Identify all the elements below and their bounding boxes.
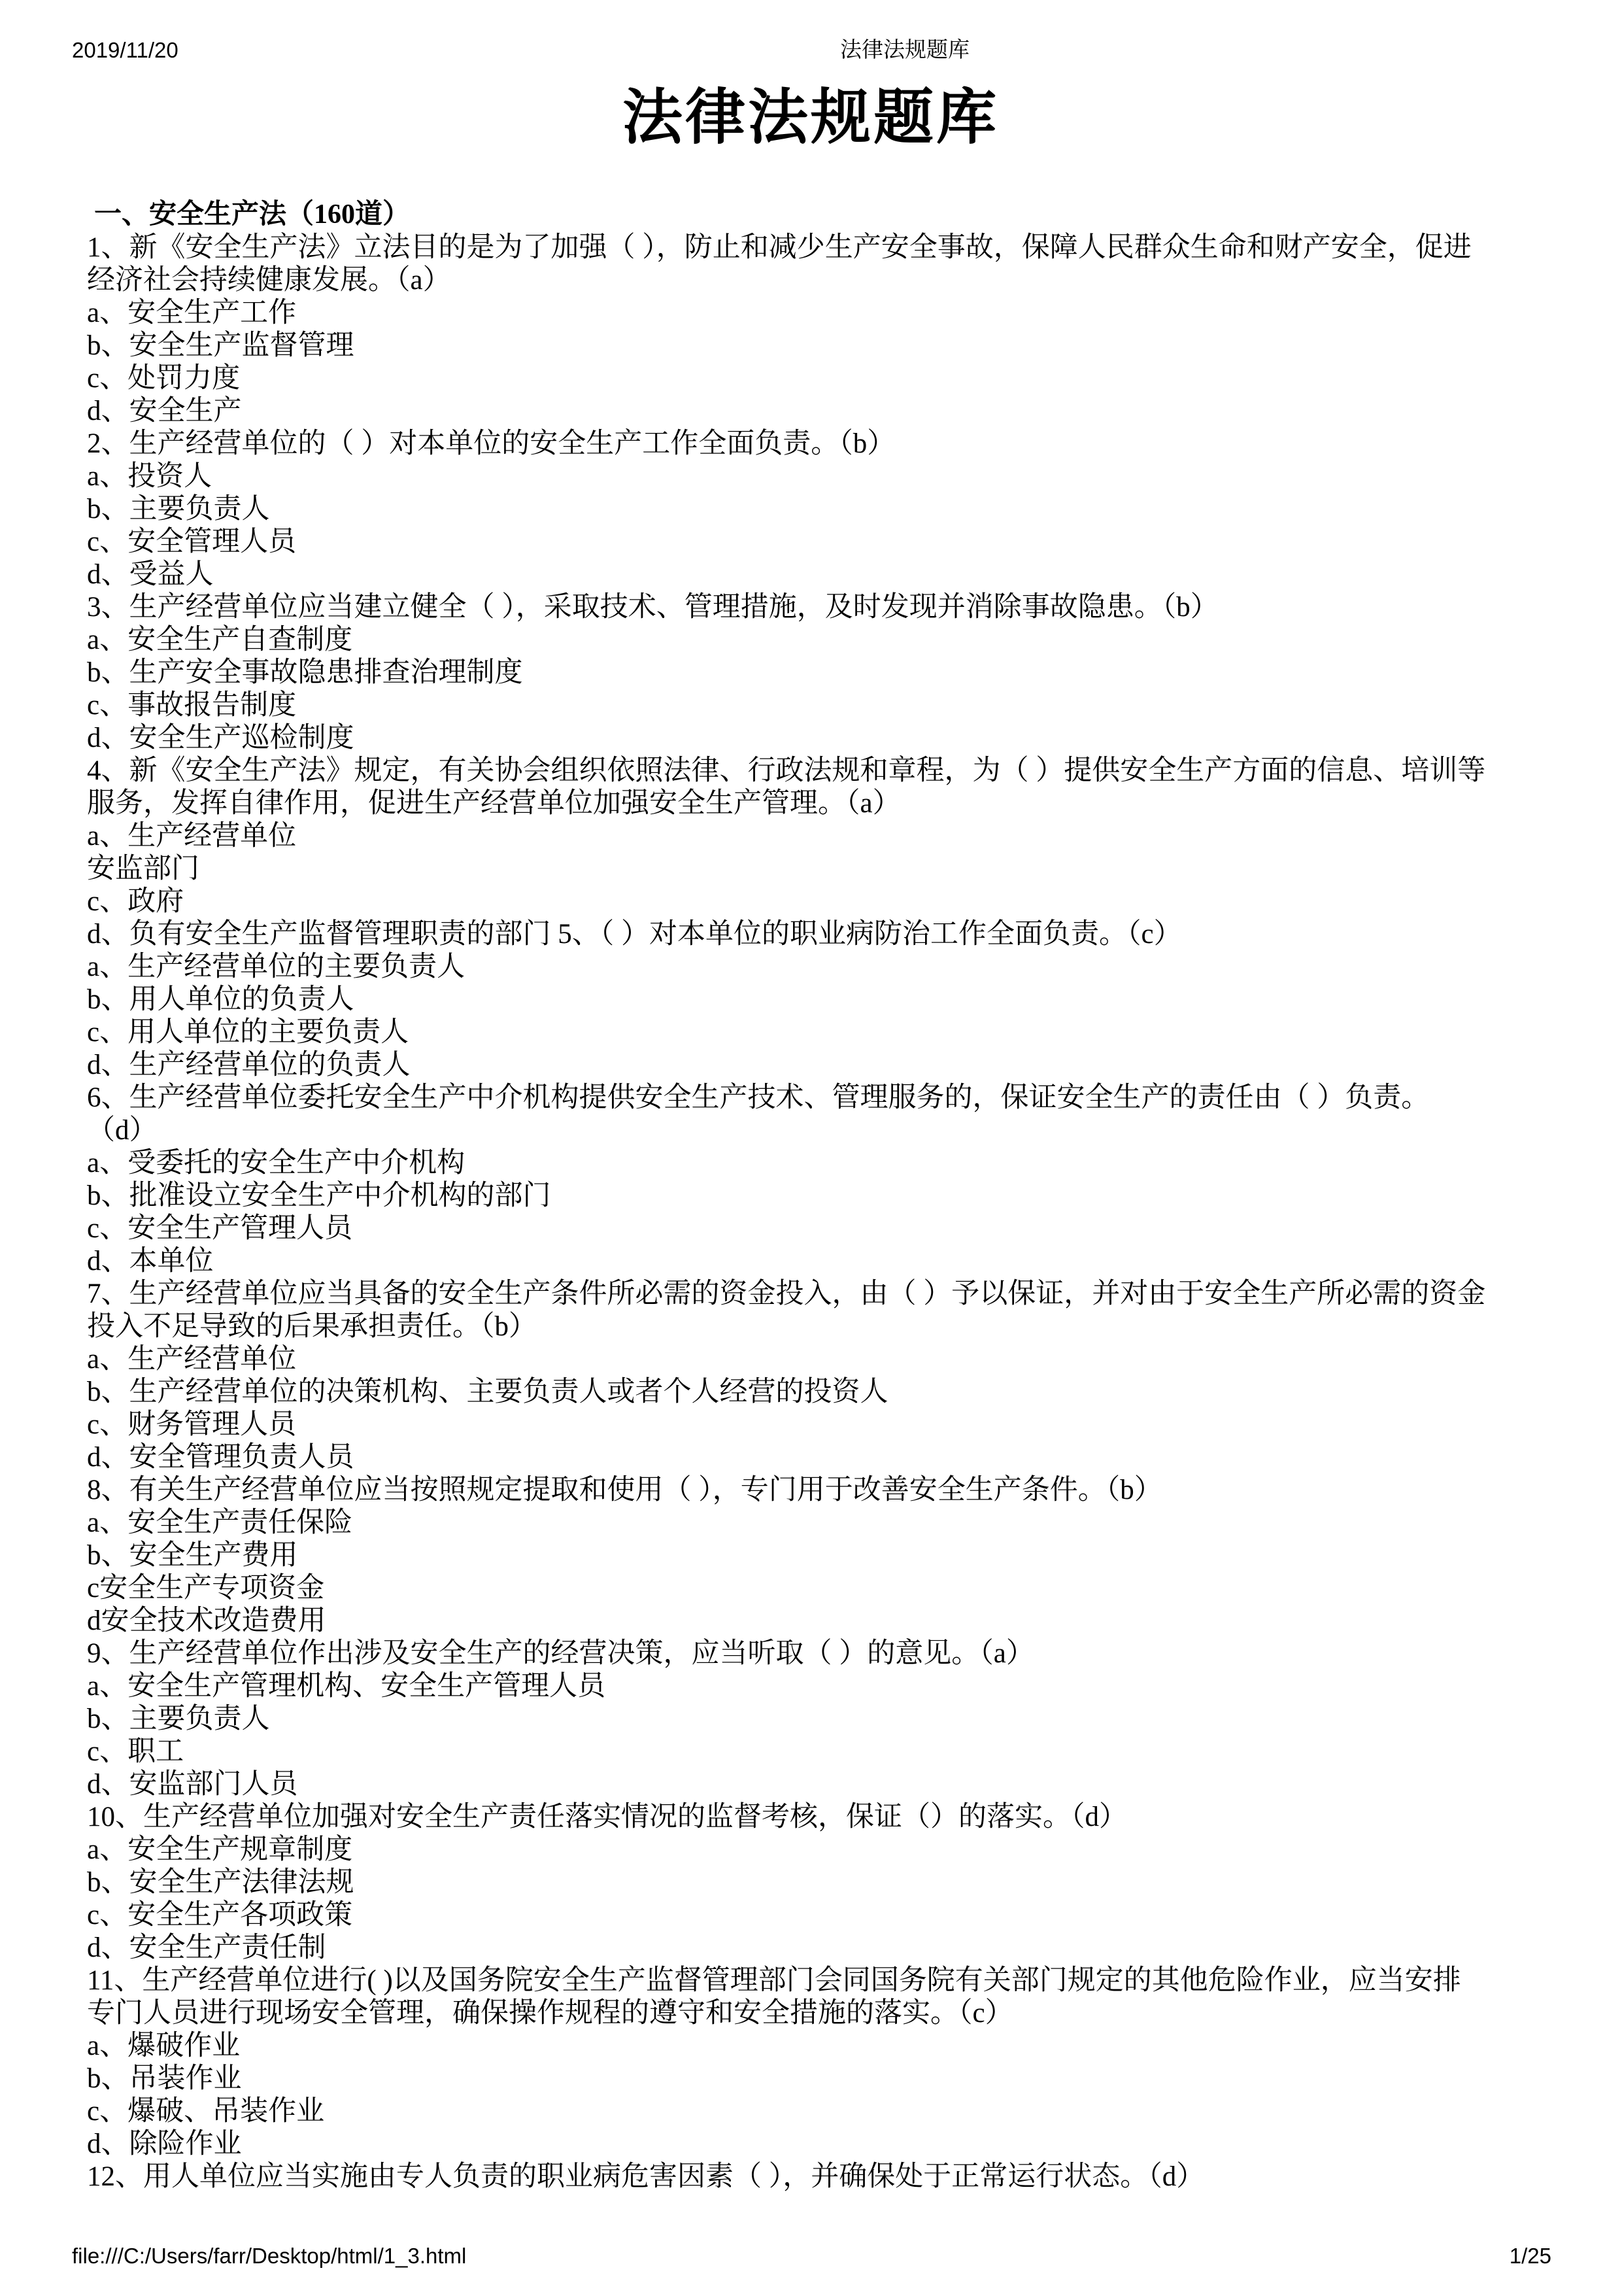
text-line: c、事故报告制度 — [87, 689, 1545, 722]
text-line: d、安监部门人员 — [87, 1768, 1545, 1801]
text-line: 9、生产经营单位作出涉及安全生产的经营决策，应当听取（ ）的意见。（a） — [87, 1637, 1545, 1670]
text-line: a、安全生产工作 — [87, 297, 1545, 330]
text-line: c、安全生产管理人员 — [87, 1212, 1545, 1245]
text-line: b、主要负责人 — [87, 1703, 1545, 1736]
text-line: 11、生产经营单位进行( )以及国务院安全生产监督管理部门会同国务院有关部门规定… — [87, 1964, 1545, 1997]
text-line: d、安全管理负责人员 — [87, 1441, 1545, 1474]
text-line: b、主要负责人 — [87, 493, 1545, 526]
text-line: d、生产经营单位的负责人 — [87, 1049, 1545, 1082]
text-line: a、生产经营单位 — [87, 820, 1545, 853]
text-line: a、安全生产责任保险 — [87, 1507, 1545, 1539]
text-line: c、财务管理人员 — [87, 1409, 1545, 1441]
text-line: 2、生产经营单位的（ ）对本单位的安全生产工作全面负责。（b） — [87, 428, 1545, 460]
text-line: a、安全生产自查制度 — [87, 624, 1545, 657]
text-line: b、安全生产监督管理 — [87, 330, 1545, 362]
text-line: d、受益人 — [87, 558, 1545, 591]
document-page: 2019/11/20 法律法规题库 法律法规题库 一、安全生产法（160道） 1… — [0, 0, 1622, 2296]
text-line: c、安全管理人员 — [87, 526, 1545, 558]
text-line: c、爆破、吊装作业 — [87, 2095, 1545, 2128]
print-header-title: 法律法规题库 — [840, 38, 970, 63]
text-line: a、安全生产管理机构、安全生产管理人员 — [87, 1670, 1545, 1703]
print-header-date: 2019/11/20 — [72, 38, 178, 63]
text-line: c、政府 — [87, 885, 1545, 918]
text-line: d、本单位 — [87, 1245, 1545, 1278]
text-line: d安全技术改造费用 — [87, 1605, 1545, 1637]
text-line: 12、用人单位应当实施由专人负责的职业病危害因素（ ），并确保处于正常运行状态。… — [87, 2161, 1545, 2193]
text-line: a、受委托的安全生产中介机构 — [87, 1147, 1545, 1180]
text-line: c、处罚力度 — [87, 362, 1545, 395]
page-title: 法律法规题库 — [85, 82, 1536, 153]
text-line: b、生产安全事故隐患排查治理制度 — [87, 657, 1545, 689]
text-line: c安全生产专项资金 — [87, 1572, 1545, 1605]
text-line: a、生产经营单位 — [87, 1343, 1545, 1376]
text-line: a、安全生产规章制度 — [87, 1834, 1545, 1866]
text-line: c、用人单位的主要负责人 — [87, 1016, 1545, 1049]
text-line: d、安全生产巡检制度 — [87, 722, 1545, 755]
text-line: 1、新《安全生产法》立法目的是为了加强（ ），防止和减少生产安全事故，保障人民群… — [87, 231, 1545, 264]
text-line: b、生产经营单位的决策机构、主要负责人或者个人经营的投资人 — [87, 1376, 1545, 1409]
text-line: 10、生产经营单位加强对安全生产责任落实情况的监督考核，保证（）的落实。（d） — [87, 1801, 1545, 1834]
text-line: d、安全生产 — [87, 395, 1545, 428]
text-line: 专门人员进行现场安全管理，确保操作规程的遵守和安全措施的落实。（c） — [87, 1997, 1545, 2030]
text-line: 3、生产经营单位应当建立健全（ ），采取技术、管理措施，及时发现并消除事故隐患。… — [87, 591, 1545, 624]
text-line: 经济社会持续健康发展。（a） — [87, 264, 1545, 297]
text-line: b、吊装作业 — [87, 2063, 1545, 2095]
text-line: b、批准设立安全生产中介机构的部门 — [87, 1180, 1545, 1212]
text-line: 7、生产经营单位应当具备的安全生产条件所必需的资金投入，由（ ）予以保证，并对由… — [87, 1278, 1545, 1311]
text-line: 服务，发挥自律作用，促进生产经营单位加强安全生产管理。（a） — [87, 787, 1545, 820]
text-line: 8、有关生产经营单位应当按照规定提取和使用（ ），专门用于改善安全生产条件。（b… — [87, 1474, 1545, 1507]
text-line: 安监部门 — [87, 853, 1545, 885]
text-line: a、生产经营单位的主要负责人 — [87, 951, 1545, 984]
text-line: c、安全生产各项政策 — [87, 1899, 1545, 1932]
text-line: b、用人单位的负责人 — [87, 984, 1545, 1016]
section-heading: 一、安全生产法（160道） — [94, 197, 410, 231]
text-line: d、安全生产责任制 — [87, 1932, 1545, 1964]
text-line: d、除险作业 — [87, 2128, 1545, 2161]
text-line: （d） — [87, 1114, 1545, 1147]
text-line: a、投资人 — [87, 460, 1545, 493]
text-line: b、安全生产法律法规 — [87, 1866, 1545, 1899]
text-line: 4、新《安全生产法》规定，有关协会组织依照法律、行政法规和章程，为（ ）提供安全… — [87, 755, 1545, 787]
text-line: a、爆破作业 — [87, 2030, 1545, 2063]
text-line: c、职工 — [87, 1736, 1545, 1768]
print-footer-file-path: file:///C:/Users/farr/Desktop/html/1_3.h… — [72, 2243, 466, 2269]
print-footer-page-number: 1/25 — [1510, 2243, 1551, 2269]
text-line: 投入不足导致的后果承担责任。（b） — [87, 1311, 1545, 1343]
text-line: b、安全生产费用 — [87, 1539, 1545, 1572]
question-list: 1、新《安全生产法》立法目的是为了加强（ ），防止和减少生产安全事故，保障人民群… — [87, 231, 1545, 2193]
text-line: 6、生产经营单位委托安全生产中介机构提供安全生产技术、管理服务的，保证安全生产的… — [87, 1082, 1545, 1114]
text-line: d、负有安全生产监督管理职责的部门 5、（ ）对本单位的职业病防治工作全面负责。… — [87, 918, 1545, 951]
